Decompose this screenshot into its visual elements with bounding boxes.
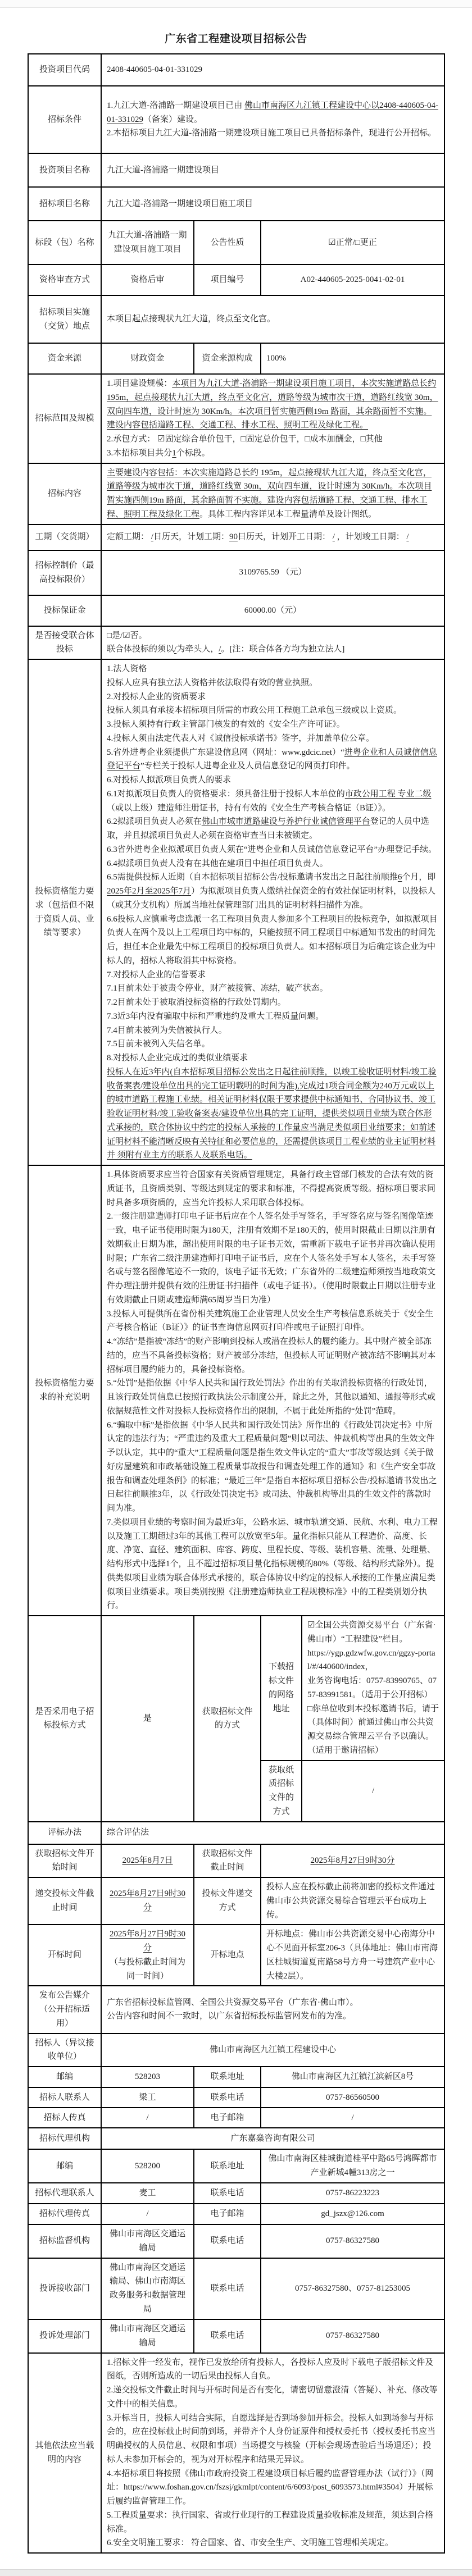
complaint-receiving-label: 投诉接收部门 <box>28 2258 101 2319</box>
supervision-agency-label: 招标监督机构 <box>28 2224 101 2258</box>
agency-label: 招标代理机构 <box>28 2128 101 2149</box>
other-contents-label: 其他依法应当载明的内容 <box>28 2353 101 2554</box>
agency-phone-value: 0757-86223223 <box>261 2183 444 2204</box>
evaluation-method-label: 评标办法 <box>28 1822 101 1844</box>
agency-contact-value: 麦工 <box>101 2183 194 2204</box>
delivery-location-value: 本项目起点接现状九江大道，终点至文化宫。 <box>101 295 444 343</box>
tenderer-contact-value: 梁工 <box>101 2087 194 2108</box>
control-price-value: 3109765.59 （元） <box>101 550 444 595</box>
e-bidding-label: 是否采用电子招标投标方式 <box>28 1616 101 1822</box>
agency-address-value: 佛山市南海区桂城街道桂平中路65号鸿晖都市产业新城4幢313房之一 <box>261 2149 444 2183</box>
table-row: 招标人（异议接收单位） 佛山市南海区九江镇工程建设中心 <box>28 2034 444 2067</box>
table-row: 投标资格能力要求的补充说明 1.具体资质要求应当符合国家有关资质管理规定，具备行… <box>28 1165 444 1616</box>
fund-source-value: 财政资金 <box>101 343 194 374</box>
doc-obtain-deadline-label: 获取招标文件截止时间 <box>194 1844 261 1878</box>
tender-announcement-table: 投资项目代码 2408-440605-04-01-331029 招标条件 1.九… <box>28 53 445 2554</box>
table-row: 其他依法应当载明的内容 1.招标文件一经发布，视作已发放给所有投标人，各投标人应… <box>28 2353 444 2554</box>
tender-project-name-value: 九江大道-洛浦路一期建设项目施工项目 <box>101 187 444 221</box>
complaint-receiving-value: 佛山市南海区交通运输局、佛山市南海区政务服务和数据管理局 <box>101 2258 194 2319</box>
evaluation-method-value: 综合评估法 <box>101 1822 444 1844</box>
project-number-value: A02-440605-2025-0041-02-01 <box>261 265 444 295</box>
tenderer-email-value: / <box>261 2108 444 2128</box>
table-row: 获取招标文件开始时间 2025年8月7日 获取招标文件截止时间 2025年8月2… <box>28 1844 444 1878</box>
table-row: 资格审查方式 资格后审 项目编号 A02-440605-2025-0041-02… <box>28 265 444 295</box>
bid-opening-place-label: 开标地点 <box>194 1925 261 1986</box>
tenderer-value: 佛山市南海区九江镇工程建设中心 <box>101 2034 444 2067</box>
table-row: 投诉处理部门 佛山市南海区交通运输局 联系电话 0757-86327580 <box>28 2319 444 2353</box>
table-row: 发布公告媒介（公开招标适用） 广东省招标投标监管网、全国公共资源交易平台（广东省… <box>28 1986 444 2033</box>
agency-contact-label: 招标代理联系人 <box>28 2183 101 2204</box>
bid-bond-label: 投标保证金 <box>28 595 101 626</box>
tenderer-address-label: 联系地址 <box>194 2067 261 2087</box>
tender-scope-label: 招标范围及规模 <box>28 374 101 463</box>
doc-download-url-label: 下载招标文件的网络地址 <box>261 1616 302 1761</box>
doc-download-url-value: ☑全国公共资源交易平台（广东省·佛山市）“工程建设”栏目。https://ygp… <box>302 1616 444 1761</box>
table-row: 是否接受联合体投标 □是/☑否。联合体投标的须以/为牵头人，/。[注：联合体各方… <box>28 626 444 660</box>
tenderer-contact-label: 招标人联系人 <box>28 2087 101 2108</box>
fund-composition-label: 资金来源构成 <box>194 343 261 374</box>
agency-fax-value: / <box>101 2204 194 2224</box>
table-row: 招标代理联系人 麦工 联系电话 0757-86223223 <box>28 2183 444 2204</box>
complaint-receiving-phone-label: 联系电话 <box>194 2258 261 2319</box>
table-row: 招标范围及规模 1.项目建设规模：本项目为九江大道-洛浦路一期建设项目施工项目，… <box>28 374 444 463</box>
complaint-handling-phone-value: 0757-86327580 <box>261 2319 444 2353</box>
table-row: 招标项目实施（交货）地点 本项目起点接现状九江大道，终点至文化宫。 <box>28 295 444 343</box>
qualification-notes-value: 1.具体资质要求应当符合国家有关资质管理规定，具备行政主管部门核发的合法有效的资… <box>101 1165 444 1616</box>
table-row: 投标保证金 60000.00（元） <box>28 595 444 626</box>
table-row: 招标控制价（最高投标限价） 3109765.59 （元） <box>28 550 444 595</box>
agency-fax-label: 招标代理传真 <box>28 2204 101 2224</box>
tender-conditions-value: 1.九江大道-洛浦路一期建设项目已由 佛山市南海区九江镇工程建设中心以2408-… <box>101 86 444 153</box>
table-row: 招标代理机构 广东嘉燊咨询有限公司 <box>28 2128 444 2149</box>
agency-email-label: 电子邮箱 <box>194 2204 261 2224</box>
tenderer-fax-label: 招标人传真 <box>28 2108 101 2128</box>
announcement-media-label: 发布公告媒介（公开招标适用） <box>28 1986 101 2033</box>
table-row: 招标代理传真 / 电子邮箱 gd_jszx@126.com <box>28 2204 444 2224</box>
investment-project-name-label: 投资项目名称 <box>28 153 101 187</box>
table-row: 投资项目名称 九江大道-洛浦路一期建设项目 <box>28 153 444 187</box>
project-number-label: 项目编号 <box>194 265 261 295</box>
paper-doc-method-value: / <box>302 1761 444 1822</box>
bid-opening-time-label: 开标时间 <box>28 1925 101 1986</box>
bid-submission-method-value: 投标人应在投标截止前将加密的投标文件通过佛山市公共资源交易综合管理云平台成功上传… <box>261 1877 444 1925</box>
agency-email-value: gd_jszx@126.com <box>261 2204 444 2224</box>
complaint-handling-value: 佛山市南海区交通运输局 <box>101 2319 194 2353</box>
bid-opening-place-value: 开标地点：佛山市公共资源交易中心南海分中心不见面开标室206-3（具体地址：佛山… <box>261 1925 444 1986</box>
doc-obtain-start-label: 获取招标文件开始时间 <box>28 1844 101 1878</box>
agency-value: 广东嘉燊咨询有限公司 <box>101 2128 444 2149</box>
control-price-label: 招标控制价（最高投标限价） <box>28 550 101 595</box>
doc-obtain-method-label: 获取招标文件的方式 <box>194 1616 261 1822</box>
fund-composition-value: 100% <box>261 343 444 374</box>
table-row: 邮编 528200 联系地址 佛山市南海区桂城街道桂平中路65号鸿晖都市产业新城… <box>28 2149 444 2183</box>
doc-obtain-deadline-value: 2025年8月27日9时30分 <box>261 1844 444 1878</box>
tender-project-name-label: 招标项目名称 <box>28 187 101 221</box>
doc-obtain-start-value: 2025年8月7日 <box>101 1844 194 1878</box>
bid-submission-method-label: 投标文件递交方式 <box>194 1877 261 1925</box>
paper-doc-method-label: 获取纸质招标文件的方式 <box>261 1761 302 1822</box>
tender-content-label: 招标内容 <box>28 463 101 525</box>
supervision-phone-value: 0757-86327580 <box>261 2224 444 2258</box>
table-row: 递交投标文件截止时间 2025年8月27日9时30分 投标文件递交方式 投标人应… <box>28 1877 444 1925</box>
tenderer-phone-value: 0757-86560500 <box>261 2087 444 2108</box>
tenderer-postcode-label: 邮编 <box>28 2067 101 2087</box>
qualification-review-value: 资格后审 <box>101 265 194 295</box>
bid-submission-deadline-label: 递交投标文件截止时间 <box>28 1877 101 1925</box>
complaint-receiving-phone-value: 0757-86327580、0757-81253005 <box>261 2258 444 2319</box>
page-title: 广东省工程建设项目招标公告 <box>0 30 472 45</box>
agency-postcode-value: 528200 <box>101 2149 194 2183</box>
table-row: 投标资格能力要求（包括但不限于资质人员、业绩等要求） 1.法人资格投标人应具有独… <box>28 659 444 1165</box>
consortium-bidding-value: □是/☑否。联合体投标的须以/为牵头人，/。[注：联合体各方均为独立法人] <box>101 626 444 660</box>
notice-nature-label: 公告性质 <box>194 221 261 265</box>
table-row: 招标内容 主要建设内容包括：本次实施道路总长约 195m，起点接现状九江大道，终… <box>28 463 444 525</box>
tender-content-value: 主要建设内容包括：本次实施道路总长约 195m，起点接现状九江大道，终点至文化宫… <box>101 463 444 525</box>
complaint-handling-phone-label: 联系电话 <box>194 2319 261 2353</box>
agency-postcode-label: 邮编 <box>28 2149 101 2183</box>
table-row: 邮编 528203 联系地址 佛山市南海区九江镇江滨新区8号 <box>28 2067 444 2087</box>
fund-source-label: 资金来源 <box>28 343 101 374</box>
investment-project-name-value: 九江大道-洛浦路一期建设项目 <box>101 153 444 187</box>
table-row: 投诉接收部门 佛山市南海区交通运输局、佛山市南海区政务服务和数据管理局 联系电话… <box>28 2258 444 2319</box>
tenderer-postcode-value: 528203 <box>101 2067 194 2087</box>
table-row: 资金来源 财政资金 资金来源构成 100% <box>28 343 444 374</box>
investment-code-label: 投资项目代码 <box>28 54 101 86</box>
tender-conditions-label: 招标条件 <box>28 86 101 153</box>
qualification-notes-label: 投标资格能力要求的补充说明 <box>28 1165 101 1616</box>
tenderer-address-value: 佛山市南海区九江镇江滨新区8号 <box>261 2067 444 2087</box>
tenderer-phone-label: 联系电话 <box>194 2087 261 2108</box>
table-row: 工期（交货期） 定额工期： /日历天，计划工期：90日历天，计划开工日期： / … <box>28 525 444 550</box>
complaint-handling-label: 投诉处理部门 <box>28 2319 101 2353</box>
table-row: 标段（包）名称 九江大道-洛浦路一期建设项目施工项目 公告性质 ☑正常/□更正 <box>28 221 444 265</box>
supervision-agency-value: 佛山市南海区交通运输局 <box>101 2224 194 2258</box>
supervision-phone-label: 联系电话 <box>194 2224 261 2258</box>
delivery-location-label: 招标项目实施（交货）地点 <box>28 295 101 343</box>
tenderer-email-label: 电子邮箱 <box>194 2108 261 2128</box>
table-row: 招标人联系人 梁工 联系电话 0757-86560500 <box>28 2087 444 2108</box>
bid-bond-value: 60000.00（元） <box>101 595 444 626</box>
qualification-review-label: 资格审查方式 <box>28 265 101 295</box>
bidder-qualification-value: 1.法人资格投标人应具有独立法人资格并依法取得有效的营业执照。2.对投标人企业的… <box>101 659 444 1165</box>
table-row: 招标监督机构 佛山市南海区交通运输局 联系电话 0757-86327580 <box>28 2224 444 2258</box>
e-bidding-value: 是 <box>101 1616 194 1822</box>
section-name-label: 标段（包）名称 <box>28 221 101 265</box>
section-name-value: 九江大道-洛浦路一期建设项目施工项目 <box>101 221 194 265</box>
tender-scope-value: 1.项目建设规模：本项目为九江大道-洛浦路一期建设项目施工项目，本次实施道路总长… <box>101 374 444 463</box>
notice-nature-value: ☑正常/□更正 <box>261 221 444 265</box>
bidder-qualification-label: 投标资格能力要求（包括但不限于资质人员、业绩等要求） <box>28 659 101 1165</box>
table-row: 是否采用电子招标投标方式 是 获取招标文件的方式 下载招标文件的网络地址 ☑全国… <box>28 1616 444 1761</box>
tenderer-label: 招标人（异议接收单位） <box>28 2034 101 2067</box>
table-row: 招标条件 1.九江大道-洛浦路一期建设项目已由 佛山市南海区九江镇工程建设中心以… <box>28 86 444 153</box>
top-bar <box>0 0 472 8</box>
agency-address-label: 联系地址 <box>194 2149 261 2183</box>
construction-period-label: 工期（交货期） <box>28 525 101 550</box>
table-row: 招标项目名称 九江大道-洛浦路一期建设项目施工项目 <box>28 187 444 221</box>
table-row: 招标人传真 / 电子邮箱 / <box>28 2108 444 2128</box>
table-row: 评标办法 综合评估法 <box>28 1822 444 1844</box>
investment-code-value: 2408-440605-04-01-331029 <box>101 54 444 86</box>
bid-submission-deadline-value: 2025年8月27日9时30分 <box>101 1877 194 1925</box>
bottom-bar <box>0 2569 472 2576</box>
bid-opening-time-value: 2025年8月27日9时30分（与投标截止时间为同一时间） <box>101 1925 194 1986</box>
agency-phone-label: 联系电话 <box>194 2183 261 2204</box>
other-contents-value: 1.招标文件一经发布，视作已发放给所有投标人，各投标人应及时下载电子版招标文件及… <box>101 2353 444 2554</box>
construction-period-value: 定额工期： /日历天，计划工期：90日历天，计划开工日期： / ，计划竣工日期：… <box>101 525 444 550</box>
table-row: 投资项目代码 2408-440605-04-01-331029 <box>28 54 444 86</box>
table-row: 开标时间 2025年8月27日9时30分（与投标截止时间为同一时间） 开标地点 … <box>28 1925 444 1986</box>
tenderer-fax-value: / <box>101 2108 194 2128</box>
announcement-media-value: 广东省招标投标监管网、全国公共资源交易平台（广东省·佛山市）。公告内容和时间不一… <box>101 1986 444 2033</box>
consortium-bidding-label: 是否接受联合体投标 <box>28 626 101 660</box>
